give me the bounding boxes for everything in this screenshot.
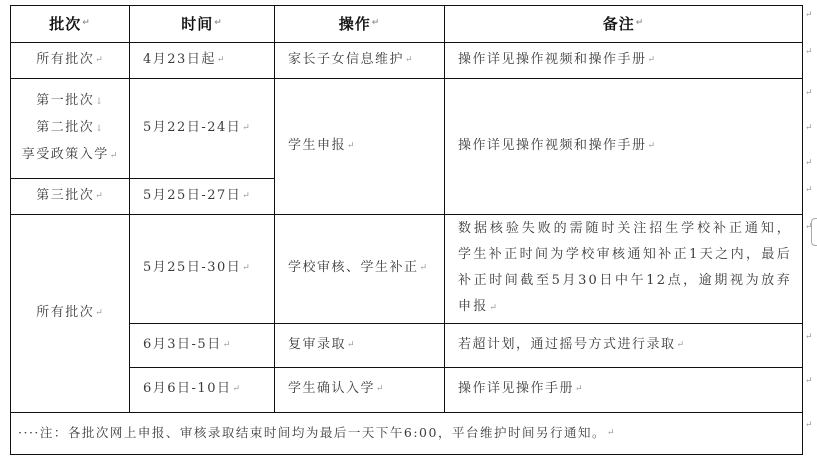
row6-note: 操作详见操作手册↵ bbox=[444, 367, 802, 412]
footnote: ····注：各批次网上申报、审核录取结束时间均为最后一天下午6:00，平台维护时… bbox=[10, 412, 802, 454]
row-end-mark: ↵ bbox=[805, 47, 813, 57]
row2-time: 5月22日-24日↵ bbox=[129, 78, 274, 178]
row2-note: 操作详见操作视频和操作手册↵ bbox=[444, 78, 802, 214]
row2-batch: 第一批次↓ 第二批次↓ 享受政策入学↵ bbox=[10, 78, 129, 178]
row-end-mark: ↵ bbox=[805, 376, 813, 386]
row-end-mark: ↵ bbox=[805, 420, 813, 430]
row-end-mark: ↵ bbox=[805, 185, 813, 195]
row-end-mark: ↵ bbox=[805, 123, 813, 133]
row1-note: 操作详见操作视频和操作手册↵ bbox=[444, 42, 802, 78]
row1-time: 4月23日起↵ bbox=[129, 42, 274, 78]
row6-action: 学生确认入学↵ bbox=[274, 367, 444, 412]
header-action: 操作↵ bbox=[274, 5, 444, 42]
row1-action: 家长子女信息维护↵ bbox=[274, 42, 444, 78]
row5-note: 若超计划，通过摇号方式进行录取↵ bbox=[444, 323, 802, 367]
row4-time: 5月25日-30日↵ bbox=[129, 214, 274, 323]
row6-time: 6月6日-10日↵ bbox=[129, 367, 274, 412]
header-note: 备注↵ bbox=[444, 5, 802, 42]
schedule-table: 批次↵ 时间↵ 操作↵ 备注↵ 所有批次↵ 4月23日起↵ 家长子女信息维护↵ … bbox=[10, 5, 803, 455]
row-end-mark: ↵ bbox=[805, 158, 813, 168]
row4-action: 学校审核、学生补正↵ bbox=[274, 214, 444, 323]
row5-time: 6月3日-5日↵ bbox=[129, 323, 274, 367]
header-batch: 批次↵ bbox=[10, 5, 129, 42]
row1-batch: 所有批次↵ bbox=[10, 42, 129, 78]
row-end-mark: ↵ bbox=[805, 88, 813, 98]
header-time: 时间↵ bbox=[129, 5, 274, 42]
row2-action: 学生申报↵ bbox=[274, 78, 444, 214]
row5-action: 复审录取↵ bbox=[274, 323, 444, 367]
comment-bracket-icon bbox=[811, 218, 817, 246]
row3-time: 5月25日-27日↵ bbox=[129, 178, 274, 214]
row4-note: 数据核验失败的需随时关注招生学校补正通知，学生补正时间为学校审核通知补正1天之内… bbox=[444, 214, 802, 323]
row-end-mark: ↵ bbox=[805, 332, 813, 342]
row4-batch: 所有批次↵ bbox=[10, 214, 129, 412]
row3-batch: 第三批次↵ bbox=[10, 178, 129, 214]
row-end-mark: ↵ bbox=[805, 10, 813, 20]
